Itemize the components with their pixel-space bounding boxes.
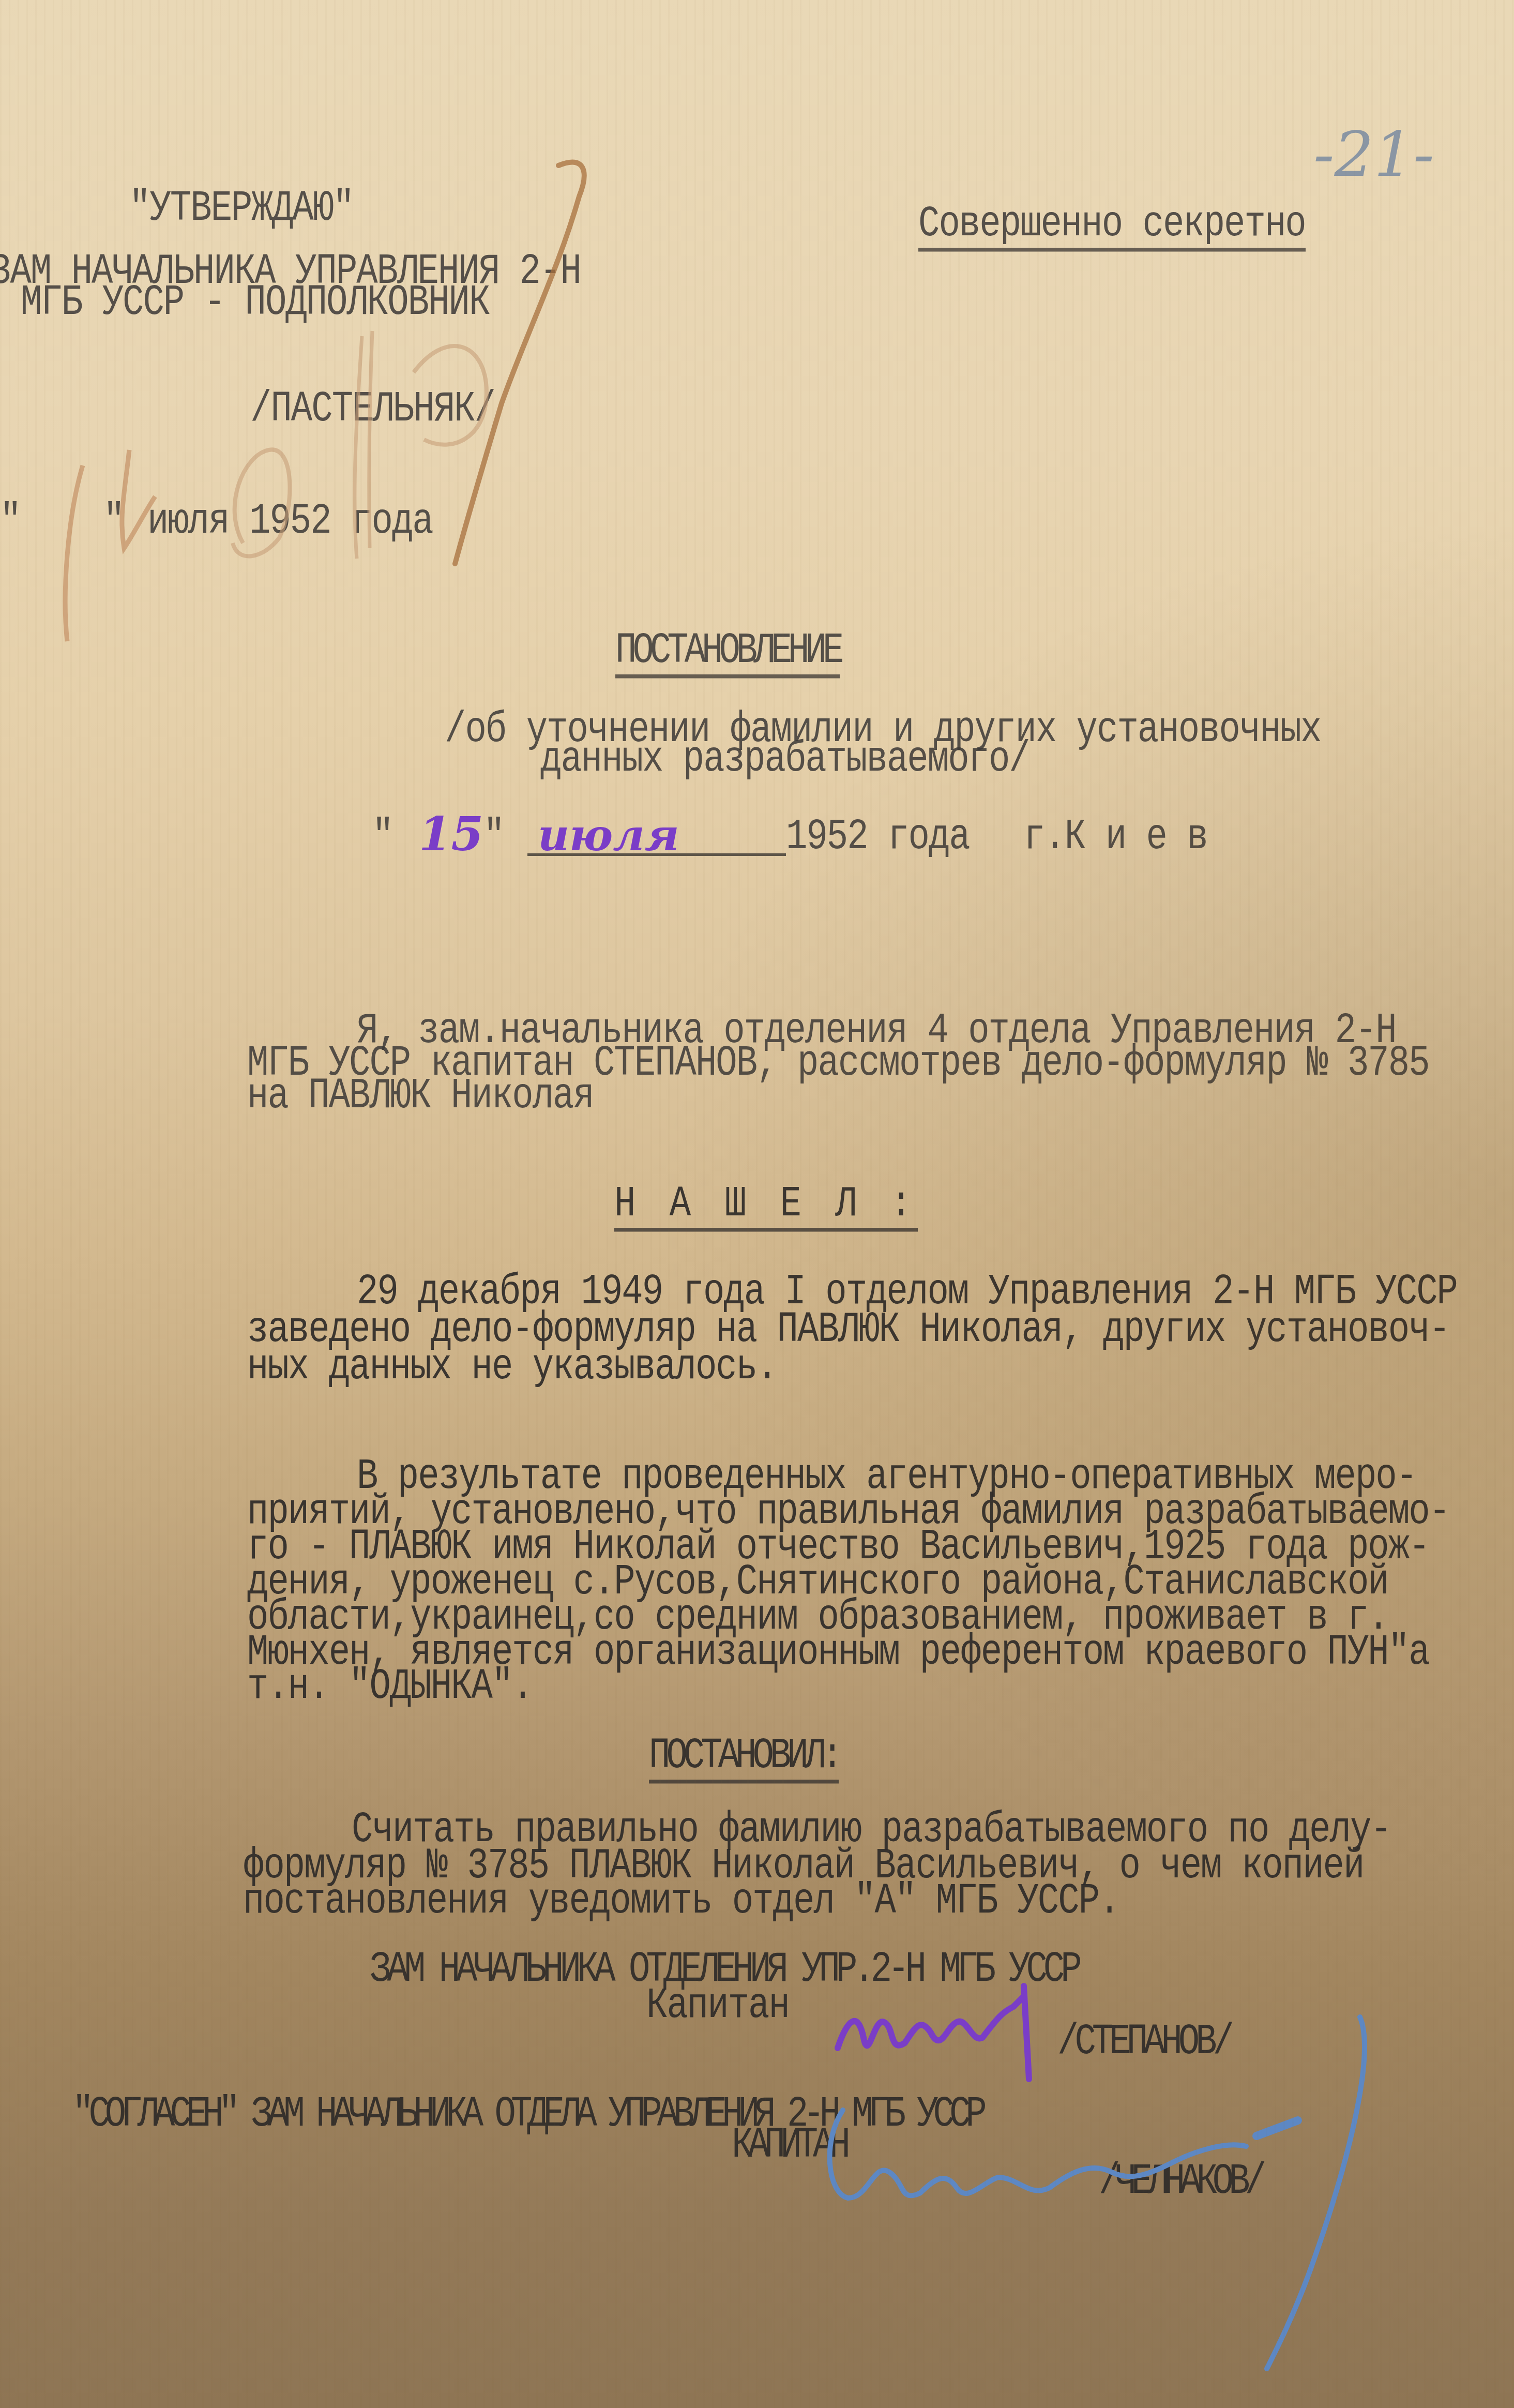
date-open-quote: "	[372, 815, 392, 860]
document-page: -21- "УТВЕРЖДАЮ" ЗАМ НАЧАЛЬНИКА УПРАВЛЕН…	[0, 0, 1514, 2408]
document-subtitle-line-2: данных разрабатываемого/	[540, 737, 1029, 782]
date-place: г.К и е в	[1024, 815, 1207, 860]
page-number: -21-	[1313, 119, 1434, 191]
document-title: ПОСТАНОВЛЕНИЕ	[615, 628, 840, 678]
date-month-underline	[527, 853, 786, 856]
signature1-rank: Капитан	[646, 1983, 789, 2028]
found-p2-line-7: т.н. "ОДЫНКА".	[247, 1664, 533, 1709]
classification-label: Совершенно секретно	[918, 202, 1306, 251]
date-year: 1952 года	[786, 815, 970, 860]
decision-line-3: постановления уведомить отдел "А" МГБ УС…	[243, 1879, 1119, 1924]
pencil-resolution-mark	[0, 0, 620, 750]
signature2-handwritten-mark	[801, 2007, 1422, 2369]
date-day-handwritten: 15	[419, 807, 483, 862]
found-heading: Н А Ш Е Л :	[614, 1182, 918, 1231]
found-p1-line-3: ных данных не указывалось.	[247, 1345, 777, 1390]
date-close-quote: "	[483, 815, 504, 860]
decided-heading: ПОСТАНОВИЛ:	[649, 1734, 839, 1783]
intro-line-3: на ПАВЛЮК Николая	[247, 1074, 594, 1119]
